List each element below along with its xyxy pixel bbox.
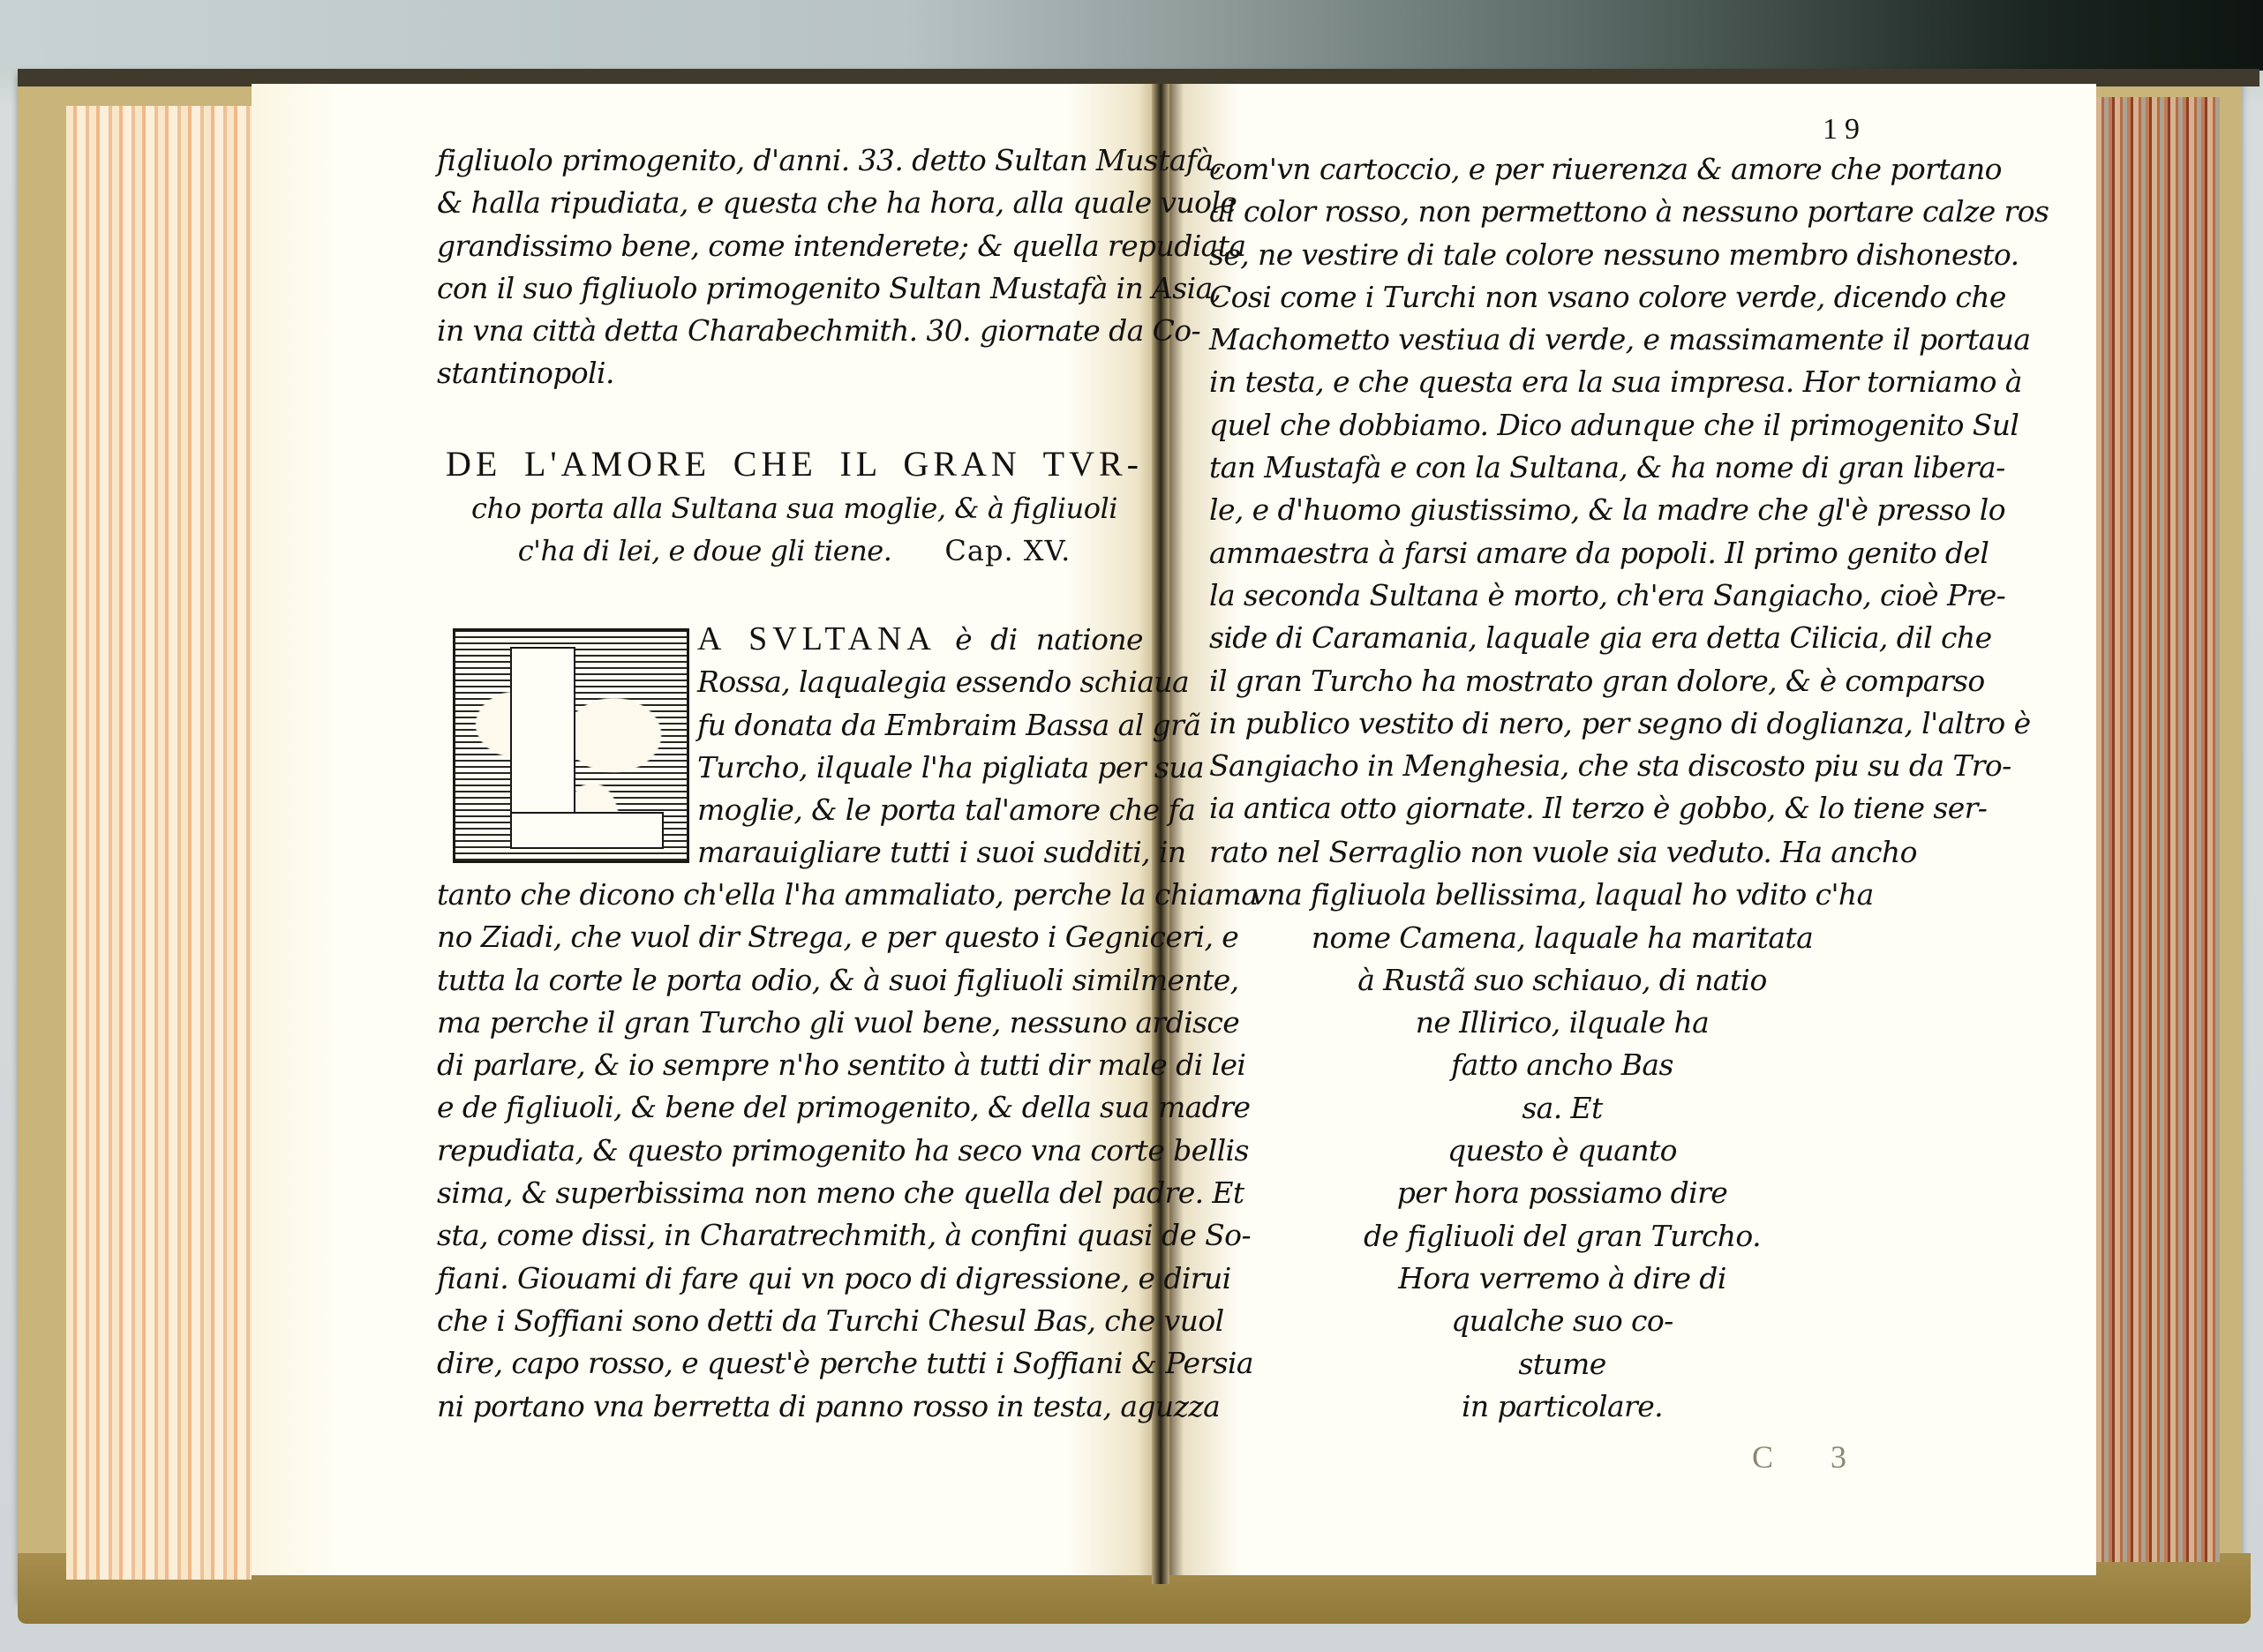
- text-line: che i Soffiani sono detti da Turchi Ches…: [437, 1300, 1147, 1342]
- text-line: dire, capo rosso, e quest'è perche tutti…: [437, 1342, 1147, 1385]
- text-line: con il suo figliuolo primogenito Sultan …: [437, 267, 1143, 310]
- text-line: repudiata, & questo primogenito ha seco …: [437, 1130, 1147, 1172]
- right-justified-paragraph: com'vn cartoccio, e per riuerenza & amor…: [1209, 148, 1915, 830]
- paragraph-beside-initial: A SVLTANA è di natione Rossa, laqualegia…: [697, 618, 1143, 875]
- chapter-heading: DE L'AMORE CHE IL GRAN TVR- cho porta al…: [446, 441, 1143, 572]
- chapter-number: Cap. XV.: [944, 534, 1071, 567]
- text-line: marauigliare tutti i suoi sudditi, in: [697, 831, 1143, 874]
- text-line: in testa, e che questa era la sua impres…: [1209, 361, 1915, 403]
- text-line: de figliuoli del gran Turcho.: [1209, 1215, 1915, 1258]
- chapter-subtitle-line: cho porta alla Sultana sua moglie, & à f…: [446, 487, 1143, 529]
- text-line: sima, & superbissima non meno che quella…: [437, 1172, 1147, 1214]
- paragraph-full-width: tanto che dicono ch'ella l'ha ammaliato,…: [437, 874, 1147, 1428]
- text-line: e de figliuoli, & bene del primogenito, …: [437, 1086, 1147, 1129]
- text-line: fu donata da Embraim Bassa al grã: [697, 704, 1143, 747]
- text-line: stume: [1209, 1343, 1915, 1385]
- text-line: & halla ripudiata, e questa che ha hora,…: [437, 182, 1143, 224]
- text-line: in publico vestito di nero, per segno di…: [1209, 702, 1915, 745]
- signature-mark: C 3: [1752, 1438, 1871, 1476]
- text-line: in particolare.: [1209, 1385, 1915, 1428]
- text-line: quel che dobbiamo. Dico adunque che il p…: [1209, 404, 1915, 447]
- text-line: grandissimo bene, come intenderete; & qu…: [437, 225, 1143, 267]
- text-line: il gran Turcho ha mostrato gran dolore, …: [1209, 660, 1915, 702]
- text-line: Hora verremo à dire di: [1209, 1258, 1915, 1300]
- page-number: 19: [1823, 113, 1867, 146]
- text-line: ne Illirico, ilquale ha: [1209, 1002, 1915, 1044]
- text-line: à Rustã suo schiauo, di natio: [1209, 959, 1915, 1002]
- left-continuation-paragraph: figliuolo primogenito, d'anni. 33. detto…: [437, 139, 1143, 395]
- text-line: se, ne vestire di tale colore nessuno me…: [1209, 234, 1915, 276]
- text-line: Machometto vestiua di verde, e massimame…: [1209, 319, 1915, 361]
- text-line: figliuolo primogenito, d'anni. 33. detto…: [437, 139, 1143, 182]
- text-line: di parlare, & io sempre n'ho sentito à t…: [437, 1044, 1147, 1086]
- text-line: questo è quanto: [1209, 1130, 1915, 1172]
- text-line: nome Camena, laquale ha maritata: [1209, 917, 1915, 959]
- scan-background-top: [0, 0, 2263, 71]
- text-line: ia antica otto giornate. Il terzo è gobb…: [1209, 787, 1915, 830]
- text-line: stantinopoli.: [437, 352, 1143, 394]
- text-line: side di Caramania, laquale gia era detta…: [1209, 617, 1915, 659]
- text-line: in vna città detta Charabechmith. 30. gi…: [437, 310, 1143, 352]
- text-line: Turcho, ilquale l'ha pigliata per sua: [697, 747, 1143, 789]
- text-line: fiani. Giouami di fare qui vn poco di di…: [437, 1258, 1147, 1300]
- text-line: fatto ancho Bas: [1209, 1044, 1915, 1086]
- text-line: no Ziadi, che vuol dir Strega, e per que…: [437, 916, 1147, 958]
- text-line: com'vn cartoccio, e per riuerenza & amor…: [1209, 148, 1915, 191]
- right-tapered-colophon-paragraph: rato nel Serraglio non vuole sia veduto.…: [1209, 831, 1915, 1428]
- text-line: ni portano vna berretta di panno rosso i…: [437, 1385, 1147, 1428]
- text-line: Rossa, laqualegia essendo schiaua: [697, 661, 1143, 703]
- text-line: tan Mustafà e con la Sultana, & ha nome …: [1209, 447, 1915, 489]
- chapter-subtitle-line: c'ha di lei, e doue gli tiene.Cap. XV.: [446, 529, 1143, 572]
- chapter-title: DE L'AMORE CHE IL GRAN TVR-: [446, 441, 1143, 487]
- text-line: qualche suo co-: [1209, 1300, 1915, 1342]
- text-line: Cosi come i Turchi non vsano colore verd…: [1209, 276, 1915, 319]
- woodcut-initial-L: [453, 628, 689, 863]
- text-line: rato nel Serraglio non vuole sia veduto.…: [1209, 831, 1915, 874]
- text-line: Sangiacho in Menghesia, che sta discosto…: [1209, 745, 1915, 787]
- text-line: per hora possiamo dire: [1209, 1172, 1915, 1214]
- right-page-edges-red-sprinkled: [2096, 97, 2220, 1562]
- text-line: le, e d'huomo giustissimo, & la madre ch…: [1209, 489, 1915, 531]
- text-line: ammaestra à farsi amare da popoli. Il pr…: [1209, 532, 1915, 574]
- text-line: A SVLTANA è di natione: [697, 618, 1143, 661]
- initial-letter-foot: [510, 812, 664, 849]
- text-line: moglie, & le porta tal'amore che fa: [697, 789, 1143, 831]
- text-line: tanto che dicono ch'ella l'ha ammaliato,…: [437, 874, 1147, 916]
- text-line: tutta la corte le porta odio, & à suoi f…: [437, 959, 1147, 1002]
- text-line: ma perche il gran Turcho gli vuol bene, …: [437, 1002, 1147, 1044]
- text-line: al color rosso, non permettono à nessuno…: [1209, 191, 1915, 233]
- text-line: sta, come dissi, in Charatrechmith, à co…: [437, 1214, 1147, 1257]
- text-line: sa. Et: [1209, 1087, 1915, 1130]
- text-line: vna figliuola bellissima, laqual ho vdit…: [1209, 874, 1915, 916]
- text-line: la seconda Sultana è morto, ch'era Sangi…: [1209, 574, 1915, 617]
- left-page-edges: [66, 106, 252, 1580]
